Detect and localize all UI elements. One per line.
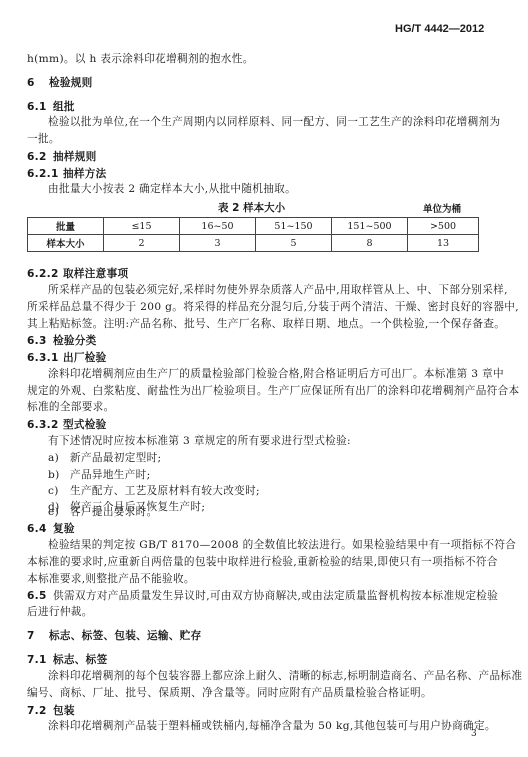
- section-title: 包装: [53, 705, 75, 717]
- paragraph-line: 所采样产品的包装必须完好,采样时勿使外界杂质落人产品中,用取样管从上、中、下部分…: [48, 283, 508, 297]
- paragraph-line: 检验结果的判定按 GB/T 8170—2008 的全数值比较法进行。如果检验结果…: [48, 538, 516, 552]
- row-header: 批量: [28, 218, 104, 235]
- section-6-2-heading: 6.2抽样规则: [27, 149, 97, 164]
- table-cell: 2: [104, 235, 180, 252]
- paragraph-line: 所采样品总量不得少于 200 g。将采得的样品充分混匀后,分装于两个清洁、干燥、…: [27, 300, 519, 314]
- table-cell: ≤15: [104, 218, 180, 235]
- section-title: 检验规则: [49, 77, 93, 89]
- section-6-3-1-heading: 6.3.1出厂检验: [27, 350, 107, 365]
- list-marker: e): [48, 505, 70, 519]
- table-caption: 表 2 样本大小: [218, 200, 285, 215]
- section-title: 抽样方法: [63, 168, 107, 180]
- table-cell: 16~50: [180, 218, 256, 235]
- table-cell: 8: [332, 235, 408, 252]
- section-number: 7: [27, 630, 49, 642]
- table-unit: 单位为桶: [423, 201, 461, 215]
- section-title: 组批: [53, 101, 75, 113]
- list-item: b)产品异地生产时;: [48, 468, 151, 482]
- section-number: 6.2.1: [27, 168, 63, 180]
- list-marker: b): [48, 468, 70, 482]
- paragraph-line: 一批。: [27, 132, 60, 146]
- section-number: 6.2.2: [27, 268, 63, 280]
- section-6-4-heading: 6.4复验: [27, 521, 75, 536]
- paragraph-line: 本标准的要求时,应重新自两倍量的包装中取样进行检验,重新检验的结果,即使只有一项…: [27, 555, 498, 569]
- page-number: 3: [471, 729, 477, 739]
- section-6-heading: 6检验规则: [27, 75, 93, 90]
- paragraph-line: 检验以批为单位,在一个生产周期内以同样原料、同一配方、同一工艺生产的涂料印花增稠…: [48, 115, 500, 129]
- table-cell: 51~150: [256, 218, 332, 235]
- table-row: 样本大小 2 3 5 8 13: [28, 235, 479, 252]
- section-number: 6.4: [27, 523, 53, 535]
- list-text: 生产配方、工艺及原材料有较大改变时;: [70, 485, 260, 497]
- list-item: a)新产品最初定型时;: [48, 451, 161, 465]
- table-cell: 151~500: [332, 218, 408, 235]
- section-title: 取样注意事项: [63, 268, 128, 280]
- section-6-2-2-heading: 6.2.2取样注意事项: [27, 266, 128, 281]
- section-number: 6.2: [27, 151, 53, 163]
- paragraph-line: 其上粘贴标签。注明:产品名称、批号、生产厂名称、取样日期、地点。一个供检验,一个…: [27, 317, 505, 331]
- section-6-3-heading: 6.3检验分类: [27, 333, 97, 348]
- list-text: 新产品最初定型时;: [70, 452, 161, 464]
- section-title: 标志、标签: [53, 654, 107, 666]
- paragraph-line: 涂料印花增稠剂产品装于塑料桶或铁桶内,每桶净含量为 50 kg,其他包装可与用户…: [48, 719, 496, 733]
- section-7-1-heading: 7.1标志、标签: [27, 652, 107, 667]
- paragraph-line: 涂料印花增稠剂应由生产厂的质量检验部门检验合格,附合格证明后方可出厂。本标准第 …: [48, 367, 504, 381]
- list-text: 客户提出要求时。: [70, 506, 158, 518]
- list-marker: a): [48, 451, 70, 465]
- section-title: 复验: [53, 523, 75, 535]
- section-title: 出厂检验: [63, 352, 107, 364]
- paragraph-line: 编号、商标、厂址、批号、保质期、净含量等。同时应附有产品质量检验合格证明。: [27, 686, 432, 700]
- section-number: 6.1: [27, 101, 53, 113]
- paragraph-line: 标准的全部要求。: [27, 400, 115, 414]
- section-number: 6.3.2: [27, 419, 63, 431]
- paragraph-line: 涂料印花增稠剂的每个包装容器上都应涂上耐久、清晰的标志,标明制造商名、产品名称、…: [48, 669, 522, 683]
- sample-size-table: 批量 ≤15 16~50 51~150 151~500 >500 样本大小 2 …: [27, 217, 479, 252]
- section-title: 抽样规则: [53, 151, 97, 163]
- list-item: c)生产配方、工艺及原材料有较大改变时;: [48, 484, 260, 498]
- table-cell: >500: [408, 218, 479, 235]
- standard-code: HG/T 4442—2012: [395, 23, 484, 35]
- table-cell: 13: [408, 235, 479, 252]
- paragraph-line: 规定的外观、白浆粘度、耐盐性为出厂检验项目。生产厂应保证所有出厂的涂料印花增稠剂…: [27, 384, 519, 398]
- section-number: 6.3.1: [27, 352, 63, 364]
- intro-text: h(mm)。以 h 表示涂料印花增稠剂的抱水性。: [27, 52, 254, 66]
- section-7-heading: 7标志、标签、包装、运输、贮存: [27, 628, 202, 643]
- section-6-3-2-heading: 6.3.2型式检验: [27, 417, 107, 432]
- table-row: 批量 ≤15 16~50 51~150 151~500 >500: [28, 218, 479, 235]
- section-number: 7.2: [27, 705, 53, 717]
- section-number: 7.1: [27, 654, 53, 666]
- paragraph-line: 本标准要求,则整批产品不能验收。: [27, 572, 195, 586]
- section-6-1-heading: 6.1组批: [27, 99, 75, 114]
- table-cell: 5: [256, 235, 332, 252]
- section-6-2-1-heading: 6.2.1抽样方法: [27, 166, 107, 181]
- section-6-5-paragraph: 6.5供需双方对产品质量发生异议时,可由双方协商解决,或由法定质量监督机构按本标…: [27, 589, 498, 603]
- paragraph-line: 供需双方对产品质量发生异议时,可由双方协商解决,或由法定质量监督机构按本标准规定…: [53, 590, 498, 602]
- list-text: 产品异地生产时;: [70, 469, 151, 481]
- section-title: 检验分类: [53, 335, 97, 347]
- row-header: 样本大小: [28, 235, 104, 252]
- list-marker: c): [48, 484, 70, 498]
- section-number: 6.3: [27, 335, 53, 347]
- paragraph-line: 由批量大小按表 2 确定样本大小,从批中随机抽取。: [48, 182, 296, 196]
- section-number: 6.5: [27, 589, 53, 603]
- paragraph-line: 有下述情况时应按本标准第 3 章规定的所有要求进行型式检验:: [48, 434, 351, 448]
- list-item: e)客户提出要求时。: [48, 505, 158, 519]
- section-7-2-heading: 7.2包装: [27, 703, 75, 718]
- section-title: 标志、标签、包装、运输、贮存: [49, 630, 202, 642]
- paragraph-line: 后进行仲裁。: [27, 605, 93, 619]
- section-title: 型式检验: [63, 419, 107, 431]
- table-cell: 3: [180, 235, 256, 252]
- section-number: 6: [27, 77, 49, 89]
